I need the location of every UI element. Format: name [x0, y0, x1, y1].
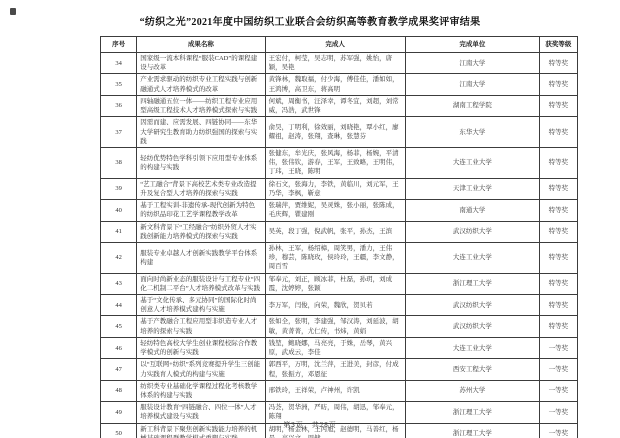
cell-achievement-name: 国家级一流本科课程“服装CAD”的课程建设与改革: [137, 53, 265, 74]
table-row: 47 以“互联网+纺织”系列竞赛提升学生三创能力实践育人模式的构建与实施 郭西平…: [101, 359, 578, 380]
cell-unit: 大连工业大学: [405, 337, 539, 358]
cell-completers: 郭西平，万明，沈兰萍，王进美，封彦，付成程，张振方，邓恩征: [265, 359, 405, 380]
cell-unit: 西安工程大学: [405, 359, 539, 380]
cell-completers: 王宏付，柯莹，吴志明，苏军强，姚怡，唐颖，吴艳: [265, 53, 405, 74]
table-row: 46 轻纺特色高校大学生创业课程校际合作教学模式的创新与实践 钱堃，鲍晓娜，马亮…: [101, 337, 578, 358]
cell-achievement-name: 面向时尚新业态的服装设计与工程专业“四化二机制二平台”人才培养模式改革与实践: [137, 273, 265, 294]
cell-serial-number: 41: [101, 221, 137, 242]
table-row: 37 因需而建、应需发展、四链协同——东华大学研究生教育助力纺织强国的探索与实践…: [101, 117, 578, 148]
header-authors: 完成人: [265, 37, 405, 53]
cell-serial-number: 47: [101, 359, 137, 380]
results-table: 序号 成果名称 完成人 完成单位 获奖等级 34 国家级一流本科课程“服装CAD…: [100, 36, 578, 438]
table-header: 序号 成果名称 完成人 完成单位 获奖等级: [101, 37, 578, 53]
cell-completers: 徐石文，张海力，李铁，黄临川，刘元军，王乃华，李枫，靳意: [265, 178, 405, 199]
cell-unit: 大连工业大学: [405, 242, 539, 273]
cell-award-level: 特等奖: [539, 53, 577, 74]
cell-serial-number: 48: [101, 380, 137, 401]
table-row: 41 新文科背景下“工经融合”纺织外贸人才实践创新能力培养模式的探索与实践 吴英…: [101, 221, 578, 242]
cell-award-level: 特等奖: [539, 316, 577, 337]
cell-unit: 江南大学: [405, 53, 539, 74]
cell-achievement-name: 因需而建、应需发展、四链协同——东华大学研究生教育助力纺织强国的探索与实践: [137, 117, 265, 148]
cell-serial-number: 40: [101, 200, 137, 221]
cell-unit: 东华大学: [405, 117, 539, 148]
table-row: 45 基于产教融合工程应用型非织造专业人才培养的探索与实践 张如全，张明，李建强…: [101, 316, 578, 337]
page-title: “纺织之光”2021年度中国纺织工业联合会纺织高等教育教学成果奖评审结果: [0, 13, 620, 28]
cell-unit: 南通大学: [405, 200, 539, 221]
cell-unit: 浙江理工大学: [405, 273, 539, 294]
cell-award-level: 一等奖: [539, 359, 577, 380]
cell-unit: 天津工业大学: [405, 178, 539, 199]
cell-unit: 武汉纺织大学: [405, 221, 539, 242]
cell-achievement-name: 纺织类专业基础化学课程过程化考核教学体系的构建与实践: [137, 380, 265, 401]
cell-award-level: 特等奖: [539, 273, 577, 294]
cell-completers: 邹奉元，刘正，顾冰菲，杜磊，孙玥，刘成霞，沈婷婷，张颖: [265, 273, 405, 294]
table-row: 39 “艺工融合”背景下高校艺术类专业改造提升及复合型人才培养的探索与实践 徐石…: [101, 178, 578, 199]
cell-award-level: 一等奖: [539, 380, 577, 401]
cell-serial-number: 46: [101, 337, 137, 358]
cell-achievement-name: 以“互联网+纺织”系列竞赛提升学生三创能力实践育人模式的构建与实施: [137, 359, 265, 380]
cell-award-level: 特等奖: [539, 95, 577, 116]
cell-completers: 张瑞萍，贾维妮，吴灵姝，张小丽，张陈成，毛庆辉，瞿建刚: [265, 200, 405, 221]
cell-achievement-name: 轻纺优势特色学科引领下应用型专业体系的构建与实践: [137, 147, 265, 178]
cell-unit: 武汉纺织大学: [405, 295, 539, 316]
table-row: 38 轻纺优势特色学科引领下应用型专业体系的构建与实践 张健东，牟光庆，张风海，…: [101, 147, 578, 178]
cell-unit: 大连工业大学: [405, 147, 539, 178]
cell-award-level: 特等奖: [539, 117, 577, 148]
cell-award-level: 特等奖: [539, 200, 577, 221]
cell-completers: 钱堃，鲍晓娜，马亮亮，于姝，岳琴，黄兴原，武成云，李佳: [265, 337, 405, 358]
cell-serial-number: 38: [101, 147, 137, 178]
cell-achievement-name: “艺工融合”背景下高校艺术类专业改造提升及复合型人才培养的探索与实践: [137, 178, 265, 199]
cell-unit: 苏州大学: [405, 380, 539, 401]
table-row: 36 四轴融通五位一体——纺织工程专业应用型高级工程技术人才培养模式探索与实践 …: [101, 95, 578, 116]
table-row: 40 基于工程实训-非遗传承-现代创新为特色的纺织品印花工艺学课程教学改革 张瑞…: [101, 200, 578, 221]
cell-achievement-name: 产业需求驱动的纺织专业工程实践与创新融通式人才培养模式的改革: [137, 74, 265, 95]
cell-award-level: 特等奖: [539, 295, 577, 316]
header-no: 序号: [101, 37, 137, 53]
cell-completers: 孙林，王军，杨绍樟，周笑男，潘力，王伟珍，穆芸，陈晓玫，侯玲玲，王疆，李文静，周…: [265, 242, 405, 273]
header-name: 成果名称: [137, 37, 265, 53]
cell-achievement-name: 基于产教融合工程应用型非织造专业人才培养的探索与实践: [137, 316, 265, 337]
cell-unit: 武汉纺织大学: [405, 316, 539, 337]
table-row: 42 服装专业卓越人才创新实践教学平台体系构建 孙林，王军，杨绍樟，周笑男，潘力…: [101, 242, 578, 273]
scan-artifact: [10, 8, 16, 15]
cell-serial-number: 39: [101, 178, 137, 199]
header-award: 获奖等级: [539, 37, 577, 53]
cell-completers: 黄锋林，魏取福，付少海，傅佳佳，潘如如，王鸿博，高卫东，蒋高明: [265, 74, 405, 95]
cell-award-level: 特等奖: [539, 147, 577, 178]
cell-achievement-name: 四轴融通五位一体——纺织工程专业应用型高级工程技术人才培养模式探索与实践: [137, 95, 265, 116]
table-body: 34 国家级一流本科课程“服装CAD”的课程建设与改革 王宏付，柯莹，吴志明，苏…: [101, 53, 578, 438]
table-row: 48 纺织类专业基础化学课程过程化考核教学体系的构建与实践 邢铁玲，王祥荣，卢神…: [101, 380, 578, 401]
cell-award-level: 特等奖: [539, 221, 577, 242]
page-number: 第3页，共28页: [0, 420, 620, 430]
cell-achievement-name: 新文科背景下“工经融合”纺织外贸人才实践创新能力培养模式的探索与实践: [137, 221, 265, 242]
cell-completers: 李万军，闫俊，向荣，魏欣，贺贝若: [265, 295, 405, 316]
cell-award-level: 一等奖: [539, 337, 577, 358]
cell-serial-number: 45: [101, 316, 137, 337]
cell-completers: 何斌，周衡书，汪泽幸，谭冬宜，刘超，刘常威，冯浩，武世锋: [265, 95, 405, 116]
cell-completers: 邢铁玲，王祥荣，卢神州，许凯: [265, 380, 405, 401]
table-row: 44 基于“文化传承、多元协同”的国际化时尚创意人才培养模式建构与实施 李万军，…: [101, 295, 578, 316]
cell-serial-number: 35: [101, 74, 137, 95]
cell-serial-number: 43: [101, 273, 137, 294]
table-row: 34 国家级一流本科课程“服装CAD”的课程建设与改革 王宏付，柯莹，吴志明，苏…: [101, 53, 578, 74]
table-row: 35 产业需求驱动的纺织专业工程实践与创新融通式人才培养模式的改革 黄锋林，魏取…: [101, 74, 578, 95]
cell-completers: 吴英，段丁强，倪武帆，张平，孙杰，王滨: [265, 221, 405, 242]
cell-unit: 江南大学: [405, 74, 539, 95]
cell-serial-number: 44: [101, 295, 137, 316]
header-unit: 完成单位: [405, 37, 539, 53]
table-row: 43 面向时尚新业态的服装设计与工程专业“四化二机制二平台”人才培养模式改革与实…: [101, 273, 578, 294]
cell-completers: 张健东，牟光庆，张风海，杨菲，杨婉，平清伟，张伟钦，游春，王军，王致略，王明伟，…: [265, 147, 405, 178]
cell-achievement-name: 轻纺特色高校大学生创业课程校际合作教学模式的创新与实践: [137, 337, 265, 358]
cell-achievement-name: 基于“文化传承、多元协同”的国际化时尚创意人才培养模式建构与实施: [137, 295, 265, 316]
cell-serial-number: 42: [101, 242, 137, 273]
cell-completers: 俞昊，丁明利，徐效丽，刘晓艳，覃小红，廖耀祖，赵涛，张翔，查琳，张慧芬: [265, 117, 405, 148]
cell-achievement-name: 基于工程实训-非遗传承-现代创新为特色的纺织品印花工艺学课程教学改革: [137, 200, 265, 221]
cell-unit: 湖南工程学院: [405, 95, 539, 116]
cell-serial-number: 37: [101, 117, 137, 148]
cell-award-level: 特等奖: [539, 74, 577, 95]
cell-completers: 张如全，张明，李建强，邹汉涛，刘延波，胡敏，黄菁菁，尤仁传，书炜，黄娟: [265, 316, 405, 337]
cell-serial-number: 36: [101, 95, 137, 116]
cell-award-level: 特等奖: [539, 242, 577, 273]
cell-serial-number: 34: [101, 53, 137, 74]
cell-award-level: 特等奖: [539, 178, 577, 199]
cell-achievement-name: 服装专业卓越人才创新实践教学平台体系构建: [137, 242, 265, 273]
